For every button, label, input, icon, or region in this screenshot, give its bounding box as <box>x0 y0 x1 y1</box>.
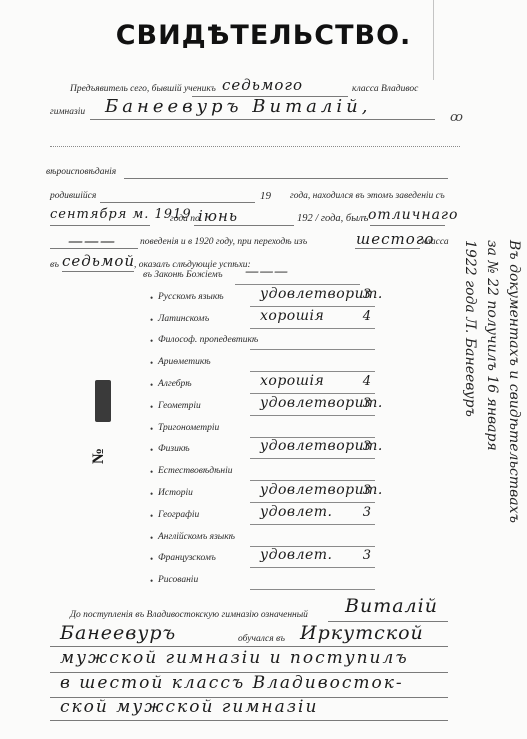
subject-name: Географіи <box>158 510 199 520</box>
subject-name: Естествовѣдѣніи <box>158 466 233 476</box>
subject-name: Геометріи <box>158 401 201 411</box>
subject-name: Французскомъ <box>158 553 216 563</box>
corner-scribble: ꝏ <box>450 110 463 125</box>
subject-row: •Французскомъудовлет.3 <box>150 550 375 572</box>
studied-label: обучался въ <box>238 634 285 644</box>
gymnasium-label: гимназіи <box>50 107 85 117</box>
subject-grade: удовлет. <box>260 504 333 520</box>
margin-note-line-1: Въ документахъ и свидѣтельствахъ <box>503 240 525 523</box>
grade-line <box>250 524 375 525</box>
conduct-value: отличнаго <box>368 207 458 223</box>
bullet: • <box>150 511 153 521</box>
prev-line-4-text: в шестой классъ Владивосток- <box>60 673 404 693</box>
bearer-label: Предъявитель сего, бывшій ученикъ <box>70 84 216 94</box>
subject-name: Физикѣ <box>158 444 190 454</box>
blank-line <box>50 146 460 147</box>
subject-grade: удовлет. <box>260 547 333 563</box>
margin-note-line-2: за № 22 получилъ 16 января <box>481 240 503 523</box>
to-value: іюнь <box>198 207 238 225</box>
prev-line-2 <box>50 646 448 647</box>
subject-name: Рисованіи <box>158 575 198 585</box>
subject-row: •Физикѣудовлетворит.3 <box>150 441 375 463</box>
from-field-line <box>50 225 150 226</box>
subject-name: Философ. пропедевтикѣ <box>158 335 258 345</box>
bullet: • <box>150 533 153 543</box>
bullet: • <box>150 293 153 303</box>
conduct-dash: ——— <box>68 232 116 250</box>
subject-score: 3 <box>363 287 371 302</box>
class-label: класса Владивос <box>352 84 418 94</box>
subject-row: •Географіиудовлет.3 <box>150 507 375 529</box>
conduct-label: поведенія и в 1920 году, при переходѣ из… <box>140 237 307 247</box>
from-suffix: года по <box>170 214 200 224</box>
subject-row: •Латинскомъхорошія4 <box>150 311 375 333</box>
born-field-line <box>100 202 255 203</box>
born-label: родившійся <box>50 191 96 201</box>
class-value: седьмого <box>222 76 303 94</box>
bullet: • <box>150 554 153 564</box>
subject-name: Ариѳметикѣ <box>158 357 211 367</box>
subject-grade: хорошія <box>260 308 324 324</box>
subject-grade: ——— <box>245 264 289 280</box>
subject-score: 4 <box>363 374 371 389</box>
subject-score: 3 <box>363 548 371 563</box>
subject-score: 3 <box>363 439 371 454</box>
subject-name: Русскомъ языкѣ <box>158 292 224 302</box>
prev-class-field-line <box>355 248 420 249</box>
to-field-line <box>194 225 294 226</box>
prev-line-5 <box>50 720 448 721</box>
bullet: • <box>150 358 153 368</box>
bullet: • <box>150 336 153 346</box>
born-suffix: года, находился въ этомъ заведеніи съ <box>290 191 445 201</box>
stamp-mark <box>95 380 111 422</box>
conduct-field-line <box>370 225 445 226</box>
bullet: • <box>150 402 153 412</box>
grade-line <box>250 349 375 350</box>
religion-field-line <box>124 178 448 179</box>
certificate-page: СВИДѢТЕЛЬСТВО. Предъявитель сего, бывшій… <box>0 0 527 739</box>
previous-study-label: До поступленія въ Владивостокскую гимназ… <box>70 610 308 620</box>
into-label: въ <box>50 260 59 270</box>
religion-label: вѣроисповѣданія <box>46 167 116 177</box>
subject-score: 4 <box>363 309 371 324</box>
student-name: Банеевуръ Виталій, <box>105 96 371 117</box>
bullet: • <box>150 467 153 477</box>
next-class-field-line <box>62 271 134 272</box>
subject-name: Алгебрѣ <box>158 379 192 389</box>
subject-score: 3 <box>363 505 371 520</box>
subject-grade: хорошія <box>260 373 324 389</box>
margin-note-line-3: 1922 года Л. Банеевуръ <box>459 240 481 523</box>
grade-line <box>250 567 375 568</box>
subject-name: Латинскомъ <box>158 314 209 324</box>
prev-line-5-text: ской мужской гимназіи <box>60 697 318 717</box>
bullet: • <box>150 489 153 499</box>
number-sign: № <box>90 448 108 464</box>
document-title: СВИДѢТЕЛЬСТВО. <box>0 20 527 51</box>
subject-name: Тригонометріи <box>158 423 219 433</box>
born-year-prefix: 19 <box>260 190 271 202</box>
bullet: • <box>150 576 153 586</box>
subject-row: •Философ. пропедевтикѣ <box>150 332 375 354</box>
subject-score: 3 <box>363 483 371 498</box>
prev-line-3-text: мужской гимназіи и поступилъ <box>60 648 409 668</box>
subject-score: 3 <box>363 396 371 411</box>
stamp: № <box>86 380 120 470</box>
prev-class-label: класса <box>422 237 449 247</box>
bullet: • <box>150 380 153 390</box>
bullet: • <box>150 445 153 455</box>
subject-name: Англійскомъ языкѣ <box>158 532 235 542</box>
school-value: Иркутской <box>300 622 424 644</box>
next-class-value: седьмой <box>62 252 135 270</box>
subject-name: въ Законѣ Божіемъ <box>143 270 223 280</box>
name-field-line <box>90 119 435 120</box>
grade-line <box>250 415 375 416</box>
subject-row: •Рисованіи <box>150 572 375 594</box>
grade-line <box>250 458 375 459</box>
subject-name: Исторіи <box>158 488 193 498</box>
to-year: 192 / года, былъ <box>297 213 368 224</box>
prev-name-last: Банеевуръ <box>60 622 176 644</box>
bullet: • <box>150 315 153 325</box>
grade-line <box>250 589 375 590</box>
margin-note: Въ документахъ и свидѣтельствахъ за № 22… <box>459 240 525 523</box>
bullet: • <box>150 424 153 434</box>
grade-line <box>250 328 375 329</box>
subject-row: •Геометріиудовлетворит.3 <box>150 398 375 420</box>
prev-name-first: Виталій <box>345 595 438 617</box>
